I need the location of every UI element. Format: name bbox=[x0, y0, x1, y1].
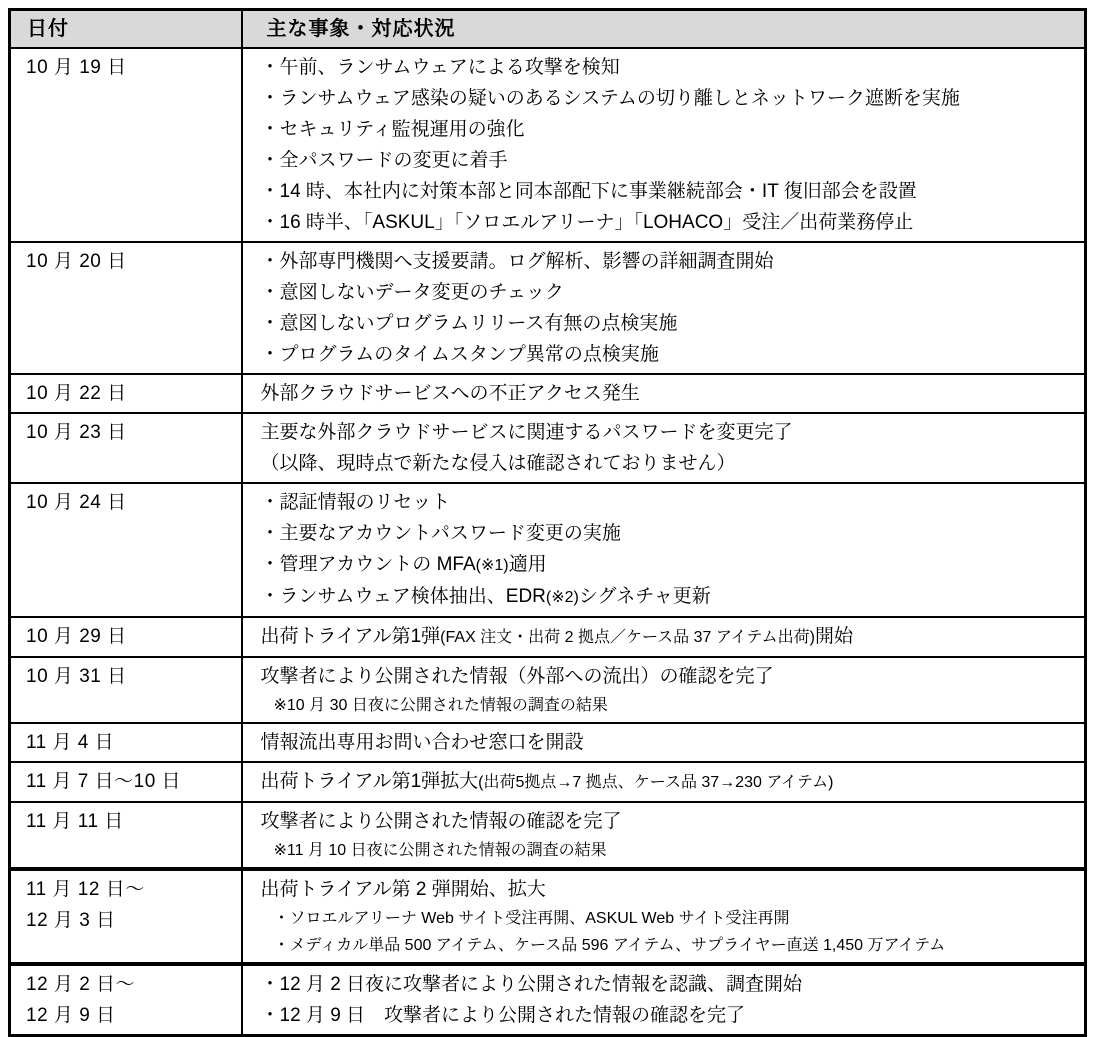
date-cell: 10 月 24 日 bbox=[10, 483, 242, 617]
event-line: 出荷トライアル第 2 弾開始、拡大 bbox=[261, 874, 1077, 905]
table-row: 10 月 19 日・午前、ランサムウェアによる攻撃を検知・ランサムウェア感染の疑… bbox=[10, 48, 1086, 242]
event-line: ・12 月 9 日 攻撃者により公開された情報の確認を完了 bbox=[261, 1000, 1077, 1026]
table-body: 10 月 19 日・午前、ランサムウェアによる攻撃を検知・ランサムウェア感染の疑… bbox=[10, 48, 1086, 1026]
date-cell: 10 月 29 日 bbox=[10, 617, 242, 657]
events-cell: ・12 月 2 日夜に攻撃者により公開された情報を認識、調査開始・12 月 9 … bbox=[242, 964, 1086, 1026]
event-line: ・メディカル単品 500 アイテム、ケース品 596 アイテム、サプライヤー直送… bbox=[261, 932, 1077, 959]
table-header: 日付 主な事象・対応状況 bbox=[10, 10, 1086, 49]
date-text: 10 月 29 日 bbox=[26, 621, 235, 652]
event-line: ・ソロエルアリーナ Web サイト受注再開、ASKUL Web サイト受注再開 bbox=[261, 905, 1077, 932]
event-line: ・ランサムウェア感染の疑いのあるシステムの切り離しとネットワーク遮断を実施 bbox=[261, 83, 1077, 114]
date-text: 11 月 7 日～10 日 bbox=[26, 766, 235, 797]
event-line-note-segment: (※2) bbox=[546, 589, 579, 606]
event-line: 出荷トライアル第1弾拡大(出荷5拠点→7 拠点、ケース品 37→230 アイテム… bbox=[261, 766, 1077, 798]
date-cell: 11 月 12 日～12 月 3 日 bbox=[10, 869, 242, 964]
event-line: ・ランサムウェア検体抽出、EDR(※2)シグネチャ更新 bbox=[261, 581, 1077, 613]
incident-timeline-table: 日付 主な事象・対応状況 10 月 19 日・午前、ランサムウェアによる攻撃を検… bbox=[8, 8, 1087, 1026]
table-row: 11 月 4 日情報流出専用お問い合わせ窓口を開設 bbox=[10, 723, 1086, 762]
events-cell: 攻撃者により公開された情報の確認を完了※11 月 10 日夜に公開された情報の調… bbox=[242, 802, 1086, 869]
event-line: 情報流出専用お問い合わせ窓口を開設 bbox=[261, 727, 1077, 758]
events-cell: 外部クラウドサービスへの不正アクセス発生 bbox=[242, 374, 1086, 413]
date-text: 12 月 3 日 bbox=[26, 905, 235, 936]
events-cell: 情報流出専用お問い合わせ窓口を開設 bbox=[242, 723, 1086, 762]
event-line-segment: 開始 bbox=[815, 626, 853, 647]
events-cell: 攻撃者により公開された情報（外部への流出）の確認を完了※10 月 30 日夜に公… bbox=[242, 657, 1086, 723]
event-line: 出荷トライアル第1弾(FAX 注文・出荷 2 拠点／ケース品 37 アイテム出荷… bbox=[261, 621, 1077, 653]
event-line: ・プログラムのタイムスタンプ異常の点検実施 bbox=[261, 339, 1077, 370]
table-row: 11 月 7 日～10 日出荷トライアル第1弾拡大(出荷5拠点→7 拠点、ケース… bbox=[10, 762, 1086, 802]
table-row: 11 月 12 日～12 月 3 日出荷トライアル第 2 弾開始、拡大・ソロエル… bbox=[10, 869, 1086, 964]
date-text: 10 月 20 日 bbox=[26, 246, 235, 277]
date-text: 10 月 19 日 bbox=[26, 52, 235, 83]
events-cell: ・午前、ランサムウェアによる攻撃を検知・ランサムウェア感染の疑いのあるシステムの… bbox=[242, 48, 1086, 242]
event-line: ・認証情報のリセット bbox=[261, 487, 1077, 518]
event-line-segment: ・ランサムウェア検体抽出、EDR bbox=[261, 586, 546, 607]
table-row: 10 月 22 日外部クラウドサービスへの不正アクセス発生 bbox=[10, 374, 1086, 413]
event-line-note-segment: (※1) bbox=[476, 557, 509, 574]
event-line: 主要な外部クラウドサービスに関連するパスワードを変更完了 bbox=[261, 417, 1077, 448]
event-line: （以降、現時点で新たな侵入は確認されておりません） bbox=[261, 448, 1077, 479]
event-line: ※11 月 10 日夜に公開された情報の調査の結果 bbox=[261, 837, 1077, 864]
date-cell: 11 月 7 日～10 日 bbox=[10, 762, 242, 802]
event-line-segment: 出荷トライアル第1弾拡大 bbox=[261, 771, 479, 792]
table-row: 10 月 20 日・外部専門機関へ支援要請。ログ解析、影響の詳細調査開始・意図し… bbox=[10, 242, 1086, 374]
event-line: ・意図しないデータ変更のチェック bbox=[261, 277, 1077, 308]
date-text: 10 月 22 日 bbox=[26, 378, 235, 409]
date-text: 12 月 9 日 bbox=[26, 1000, 235, 1026]
event-line: ・外部専門機関へ支援要請。ログ解析、影響の詳細調査開始 bbox=[261, 246, 1077, 277]
events-cell: ・認証情報のリセット・主要なアカウントパスワード変更の実施・管理アカウントの M… bbox=[242, 483, 1086, 617]
date-text: 10 月 23 日 bbox=[26, 417, 235, 448]
table-row: 12 月 2 日～12 月 9 日・12 月 2 日夜に攻撃者により公開された情… bbox=[10, 964, 1086, 1026]
event-line: ・16 時半、「ASKUL」「ソロエルアリーナ」「LOHACO」受注／出荷業務停… bbox=[261, 207, 1077, 238]
event-line: ・セキュリティ監視運用の強化 bbox=[261, 114, 1077, 145]
date-cell: 10 月 19 日 bbox=[10, 48, 242, 242]
table-row: 10 月 29 日出荷トライアル第1弾(FAX 注文・出荷 2 拠点／ケース品 … bbox=[10, 617, 1086, 657]
table-row: 10 月 23 日主要な外部クラウドサービスに関連するパスワードを変更完了（以降… bbox=[10, 413, 1086, 483]
date-cell: 12 月 2 日～12 月 9 日 bbox=[10, 964, 242, 1026]
event-line: ・主要なアカウントパスワード変更の実施 bbox=[261, 518, 1077, 549]
events-cell: 出荷トライアル第1弾拡大(出荷5拠点→7 拠点、ケース品 37→230 アイテム… bbox=[242, 762, 1086, 802]
event-line: 攻撃者により公開された情報（外部への流出）の確認を完了 bbox=[261, 661, 1077, 692]
events-cell: 出荷トライアル第 2 弾開始、拡大・ソロエルアリーナ Web サイト受注再開、A… bbox=[242, 869, 1086, 964]
date-text: 10 月 24 日 bbox=[26, 487, 235, 518]
table-row: 10 月 31 日攻撃者により公開された情報（外部への流出）の確認を完了※10 … bbox=[10, 657, 1086, 723]
date-text: 11 月 11 日 bbox=[26, 806, 235, 837]
date-text: 11 月 12 日～ bbox=[26, 874, 235, 905]
event-line: 外部クラウドサービスへの不正アクセス発生 bbox=[261, 378, 1077, 409]
event-line: ・管理アカウントの MFA(※1)適用 bbox=[261, 549, 1077, 581]
event-line: ※10 月 30 日夜に公開された情報の調査の結果 bbox=[261, 692, 1077, 719]
date-cell: 10 月 22 日 bbox=[10, 374, 242, 413]
event-line: ・全パスワードの変更に着手 bbox=[261, 145, 1077, 176]
events-cell: 主要な外部クラウドサービスに関連するパスワードを変更完了（以降、現時点で新たな侵… bbox=[242, 413, 1086, 483]
date-text: 11 月 4 日 bbox=[26, 727, 235, 758]
event-line: ・12 月 2 日夜に攻撃者により公開された情報を認識、調査開始 bbox=[261, 969, 1077, 1000]
event-line: 攻撃者により公開された情報の確認を完了 bbox=[261, 806, 1077, 837]
column-header-date: 日付 bbox=[10, 10, 242, 49]
event-line: ・14 時、本社内に対策本部と同本部配下に事業継続部会・IT 復旧部会を設置 bbox=[261, 176, 1077, 207]
date-cell: 10 月 23 日 bbox=[10, 413, 242, 483]
column-header-events: 主な事象・対応状況 bbox=[242, 10, 1086, 49]
events-cell: 出荷トライアル第1弾(FAX 注文・出荷 2 拠点／ケース品 37 アイテム出荷… bbox=[242, 617, 1086, 657]
table-row: 10 月 24 日・認証情報のリセット・主要なアカウントパスワード変更の実施・管… bbox=[10, 483, 1086, 617]
events-cell: ・外部専門機関へ支援要請。ログ解析、影響の詳細調査開始・意図しないデータ変更のチ… bbox=[242, 242, 1086, 374]
date-text: 10 月 31 日 bbox=[26, 661, 235, 692]
event-line-note-segment: (FAX 注文・出荷 2 拠点／ケース品 37 アイテム出荷) bbox=[440, 629, 815, 646]
table-row: 11 月 11 日攻撃者により公開された情報の確認を完了※11 月 10 日夜に… bbox=[10, 802, 1086, 869]
date-cell: 11 月 4 日 bbox=[10, 723, 242, 762]
event-line-segment: シグネチャ更新 bbox=[579, 586, 711, 607]
event-line-segment: 出荷トライアル第1弾 bbox=[261, 626, 441, 647]
date-cell: 10 月 20 日 bbox=[10, 242, 242, 374]
event-line-segment: ・管理アカウントの MFA bbox=[261, 554, 476, 575]
date-cell: 10 月 31 日 bbox=[10, 657, 242, 723]
event-line: ・午前、ランサムウェアによる攻撃を検知 bbox=[261, 52, 1077, 83]
header-row: 日付 主な事象・対応状況 bbox=[10, 10, 1086, 49]
event-line-note-segment: (出荷5拠点→7 拠点、ケース品 37→230 アイテム) bbox=[478, 774, 833, 791]
date-text: 12 月 2 日～ bbox=[26, 969, 235, 1000]
event-line-segment: 適用 bbox=[509, 554, 547, 575]
event-line: ・意図しないプログラムリリース有無の点検実施 bbox=[261, 308, 1077, 339]
date-cell: 11 月 11 日 bbox=[10, 802, 242, 869]
